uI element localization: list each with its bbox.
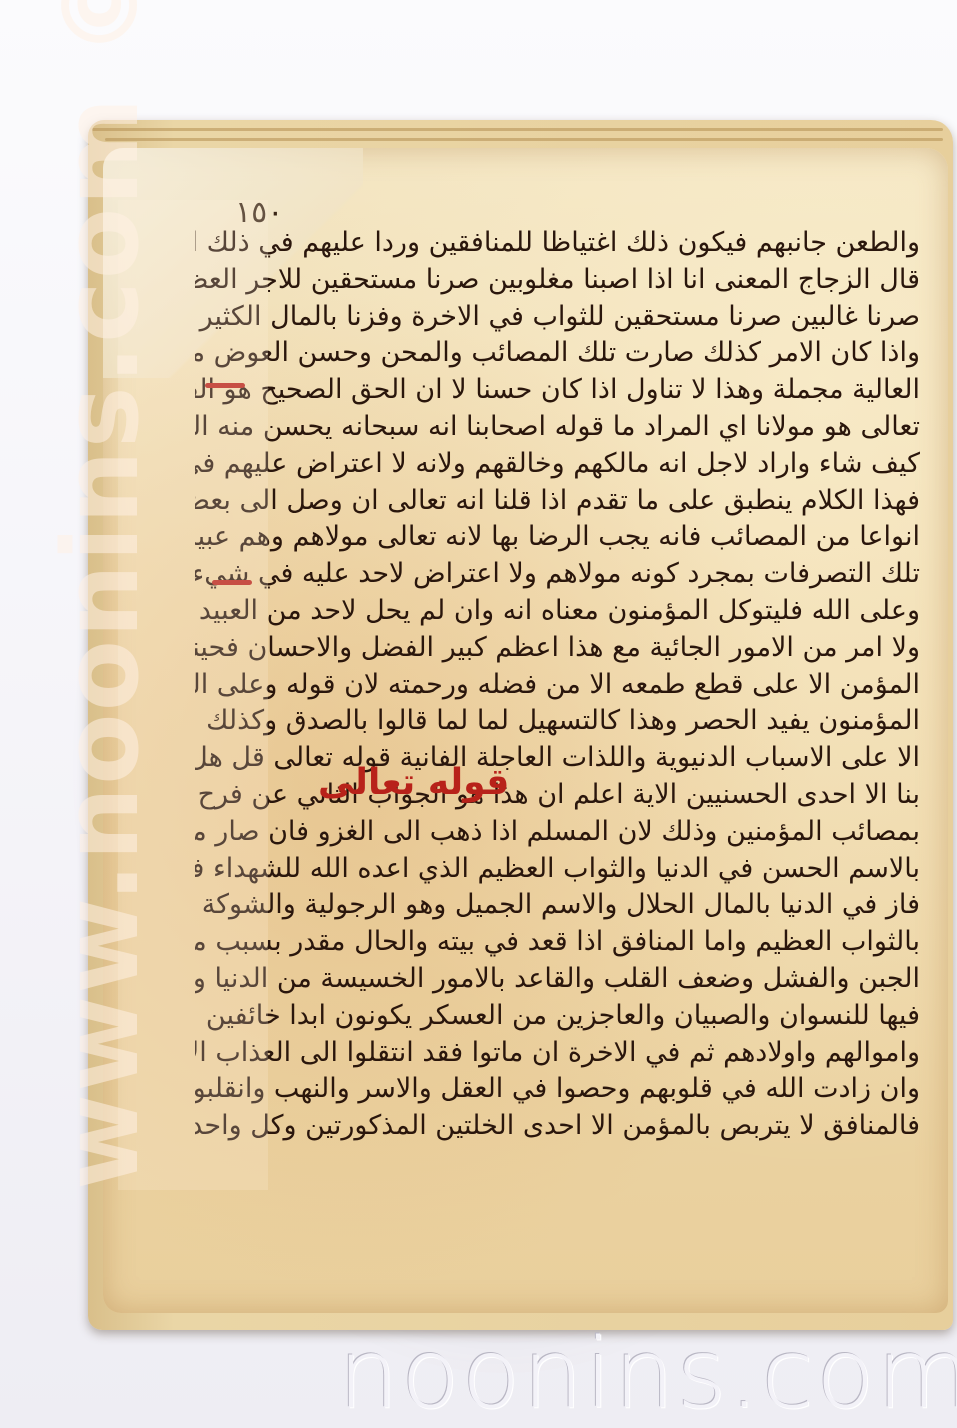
leaf-edge bbox=[92, 128, 943, 131]
bottom-watermark: noonins.com bbox=[338, 1318, 957, 1428]
text-line: الجبن والفشل وضعف القلب والقاعد بالامور … bbox=[195, 961, 920, 998]
text-line: فاز في الدنيا بالمال الحلال والاسم الجمي… bbox=[195, 887, 920, 924]
text-line: والطعن جانبهم فيكون ذلك اغتياظا للمنافقي… bbox=[195, 225, 920, 262]
leaf-edge bbox=[105, 138, 943, 141]
text-line: فالمنافق لا يتربص بالمؤمن الا احدى الخلت… bbox=[195, 1108, 920, 1145]
text-line: فيها للنسوان والصبيان والعاجزين من العسك… bbox=[195, 998, 920, 1035]
text-line: كيف شاء واراد لاجل انه مالكهم وخالقهم ول… bbox=[195, 446, 920, 483]
text-line: بالاسم الحسن في الدنيا والثواب العظيم ال… bbox=[195, 851, 920, 888]
text-line: الا على الاسباب الدنيوية واللذات العاجلة… bbox=[195, 740, 920, 777]
text-line: بالثواب العظيم واما المنافق اذا قعد في ب… bbox=[195, 924, 920, 961]
text-line: تعالى هو مولانا اي المراد ما قوله اصحابن… bbox=[195, 409, 920, 446]
manuscript-text: والطعن جانبهم فيكون ذلك اغتياظا للمنافقي… bbox=[195, 225, 920, 1145]
text-line: واموالهم واولادهم ثم في الاخرة ان ماتوا … bbox=[195, 1035, 920, 1072]
text-line: قال الزجاج المعنى انا اذا اصبنا مغلوبين … bbox=[195, 262, 920, 299]
text-line: العالية مجملة وهذا لا تناول اذا كان حسنا… bbox=[195, 372, 920, 409]
text-line: انواعا من المصائب فانه يجب الرضا بها لان… bbox=[195, 519, 920, 556]
text-line: وعلى الله فليتوكل المؤمنون معناه انه وان… bbox=[195, 593, 920, 630]
text-line: فهذا الكلام ينطبق على ما تقدم اذا قلنا ا… bbox=[195, 483, 920, 520]
text-line: بنا الا احدى الحسنيين الاية اعلم ان هذا … bbox=[195, 777, 920, 814]
text-line: المؤمنون يفيد الحصر وهذا كالتسهيل لما لم… bbox=[195, 703, 920, 740]
text-line: ولا امر من الامور الجائية مع هذا اعظم كب… bbox=[195, 630, 920, 667]
side-watermark: www.noonins.com © bbox=[40, 0, 162, 1190]
text-line: بمصائب المؤمنين وذلك لان المسلم اذا ذهب … bbox=[195, 814, 920, 851]
rubric-heading: قوله تعالى bbox=[318, 762, 509, 803]
text-line: المؤمن الا على قطع طمعه الا من فضله ورحم… bbox=[195, 667, 920, 704]
text-line: تلك التصرفات بمجرد كونه مولاهم ولا اعترا… bbox=[195, 556, 920, 593]
text-line: وان زادت الله في قلوبهم وحصوا في العقل و… bbox=[195, 1071, 920, 1108]
text-line: واذا كان الامر كذلك صارت تلك المصائب وال… bbox=[195, 335, 920, 372]
text-line: صرنا غالبين صرنا مستحقين للثواب في الاخر… bbox=[195, 299, 920, 336]
